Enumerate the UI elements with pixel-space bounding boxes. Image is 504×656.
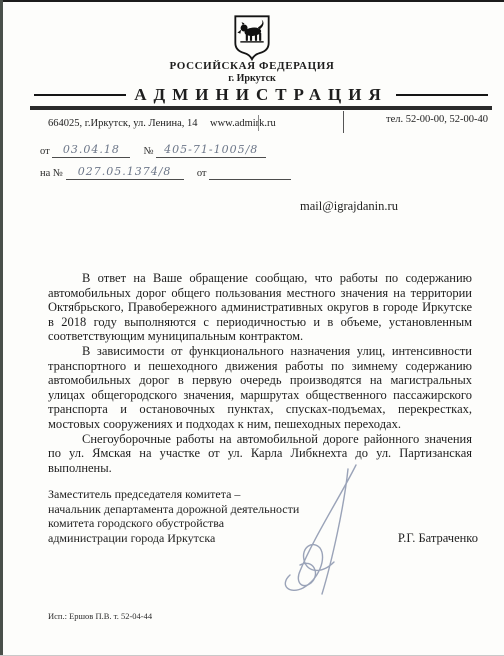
recipient-email: mail@igrajdanin.ru [300, 199, 398, 214]
signer-name: Р.Г. Батраченко [398, 531, 478, 546]
city-title: г. Иркутск [0, 73, 504, 84]
incoming-reference-line: на № 027.05.1374/8 от [40, 165, 291, 180]
heading-rule-right [396, 94, 488, 97]
letterhead-divider [30, 106, 492, 110]
executor-note: Исп.: Ершов П.В. т. 52-04-44 [48, 611, 152, 621]
reply-to-label: на № [40, 168, 63, 180]
organization-title: АДМИНИСТРАЦИЯ [134, 85, 388, 105]
incoming-date-blank [209, 165, 291, 180]
scan-edge-left [0, 0, 3, 656]
organization-heading-row: АДМИНИСТРАЦИЯ [34, 85, 488, 105]
number-label: № [144, 146, 154, 158]
body-paragraph: В зависимости от функционального назначе… [48, 344, 472, 432]
postal-address: 664025, г.Иркутск, ул. Ленина, 14 [48, 118, 198, 129]
outgoing-number-handwritten: 405-71-1005/8 [156, 143, 266, 158]
heading-rule-left [34, 94, 126, 97]
reply-from-label: от [197, 168, 207, 180]
body-paragraph: В ответ на Ваше обращение сообщаю, что р… [48, 271, 472, 344]
letter-body: В ответ на Ваше обращение сообщаю, что р… [48, 271, 472, 475]
handwritten-signature [260, 461, 390, 604]
incoming-number-handwritten: 027.05.1374/8 [66, 165, 184, 180]
signature-block: Заместитель председателя комитета – нача… [48, 487, 478, 597]
contact-divider-tick [258, 115, 259, 131]
outgoing-reference-line: от 03.04.18 № 405-71-1005/8 [40, 143, 266, 158]
phone-divider-tick [343, 111, 344, 133]
website-url: www.admirk.ru [210, 118, 276, 129]
scan-edge-top [0, 0, 504, 2]
scanned-letter-page: РОССИЙСКАЯ ФЕДЕРАЦИЯ г. Иркутск АДМИНИСТ… [0, 0, 504, 656]
outgoing-date-handwritten: 03.04.18 [52, 143, 130, 158]
contact-row: 664025, г.Иркутск, ул. Ленина, 14 www.ad… [30, 113, 492, 137]
phone-numbers: тел. 52-00-00, 52-00-40 [386, 114, 488, 125]
country-title: РОССИЙСКАЯ ФЕДЕРАЦИЯ [0, 60, 504, 72]
from-label: от [40, 146, 50, 158]
